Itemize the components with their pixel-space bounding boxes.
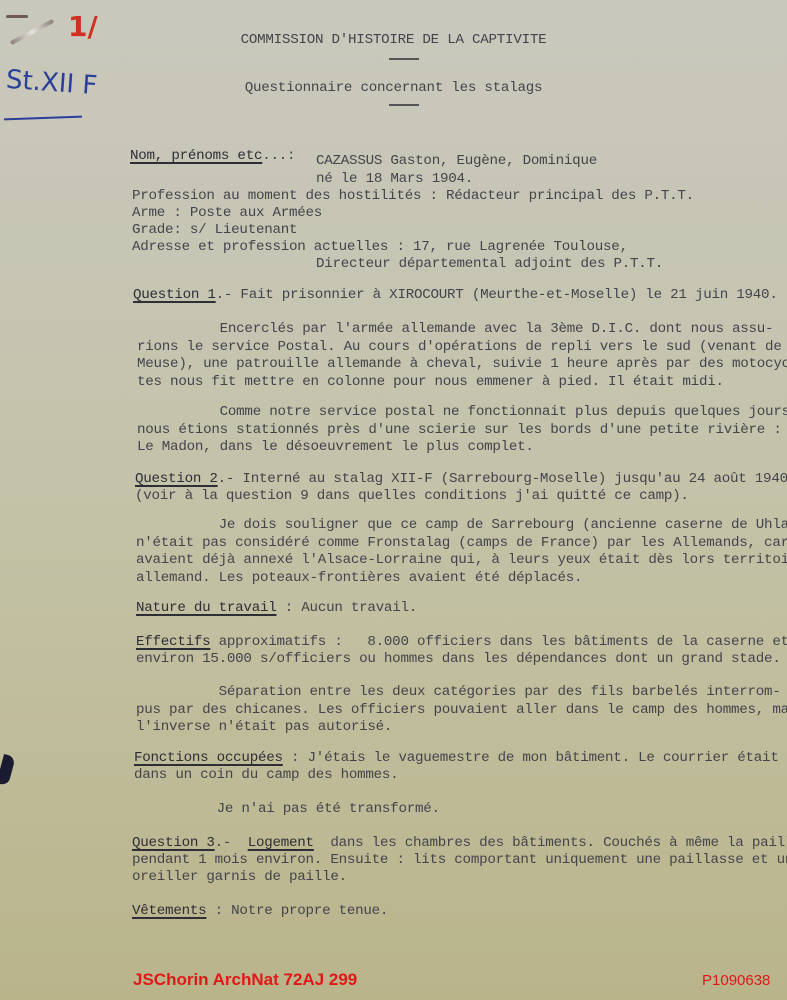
- fonctions-row: Fonctions occupées : J'étais le vaguemes…: [134, 750, 787, 766]
- paragraph-line: Je dois souligner que ce camp de Sarrebo…: [136, 517, 787, 533]
- vetements-row: Vêtements : Notre propre tenue.: [132, 903, 388, 919]
- question-1-label: Question 1: [133, 287, 216, 303]
- profession-line: Profession au moment des hostilités : Ré…: [132, 188, 694, 204]
- paragraph-line: avaient déjà annexé l'Alsace-Lorraine qu…: [136, 552, 787, 568]
- fonctions-label: Fonctions occupées: [134, 750, 283, 766]
- current-job-line: Directeur départemental adjoint des P.T.…: [316, 256, 663, 272]
- vetements-label: Vêtements: [132, 903, 206, 919]
- nature-travail-label: Nature du travail: [136, 600, 277, 616]
- question-1-heading: Question 1.- Fait prisonnier à XIROCOURT…: [133, 287, 778, 303]
- arme-line: Arme : Poste aux Armées: [132, 205, 322, 221]
- effectifs-label: Effectifs: [136, 634, 210, 650]
- document-title: COMMISSION D'HISTOIRE DE LA CAPTIVITE: [0, 32, 787, 48]
- document-subtitle: Questionnaire concernant les stalags: [0, 80, 787, 96]
- paragraph-line: Comme notre service postal ne fonctionna…: [137, 404, 787, 420]
- logement-line-2: pendant 1 mois environ. Ensuite : lits c…: [132, 852, 787, 868]
- paragraph-line: nous étions stationnés près d'une scieri…: [137, 422, 782, 438]
- logement-label: Logement: [248, 835, 314, 851]
- document-page: 1/ St.XII F COMMISSION D'HISTOIRE DE LA …: [0, 0, 787, 1000]
- question-2-label: Question 2: [135, 471, 218, 487]
- paragraph-line: n'était pas considéré comme Fronstalag (…: [136, 535, 787, 551]
- effectifs-line-2: environ 15.000 s/officiers ou hommes dan…: [136, 651, 781, 667]
- grade-line: Grade: s/ Lieutenant: [132, 222, 297, 238]
- paragraph-line: Le Madon, dans le désoeuvrement le plus …: [137, 439, 534, 455]
- photo-id-caption: P1090638: [702, 972, 770, 989]
- paragraph-line: allemand. Les poteaux-frontières avaient…: [136, 570, 582, 586]
- question-3-heading: Question 3.- Logement dans les chambres …: [132, 835, 787, 851]
- logement-line-3: oreiller garnis de paille.: [132, 869, 347, 885]
- title-divider: [389, 58, 419, 60]
- paragraph-line: Encerclés par l'armée allemande avec la …: [137, 321, 773, 337]
- staple-mark: [6, 15, 28, 18]
- paragraph-line: pus par des chicanes. Les officiers pouv…: [136, 702, 787, 718]
- birth-date: né le 18 Mars 1904.: [316, 171, 473, 187]
- question-3-label: Question 3: [132, 835, 215, 851]
- question-2-line-2: (voir à la question 9 dans quelles condi…: [135, 488, 689, 504]
- paragraph-line: l'inverse n'était pas autorisé.: [136, 719, 392, 735]
- effectifs-row: Effectifs approximatifs : 8.000 officier…: [136, 634, 787, 650]
- question-2-heading: Question 2.- Interné au stalag XII-F (Sa…: [135, 471, 787, 487]
- paragraph-line: rions le service Postal. Au cours d'opér…: [137, 339, 787, 355]
- name-row: Nom, prénoms etc...:: [130, 148, 295, 164]
- address-line: Adresse et profession actuelles : 17, ru…: [132, 239, 628, 255]
- dark-object-edge: [0, 754, 16, 786]
- archive-source-caption: JSChorin ArchNat 72AJ 299: [133, 970, 357, 990]
- subtitle-divider: [389, 104, 419, 106]
- name-label: Nom, prénoms etc: [130, 148, 262, 164]
- nature-travail-row: Nature du travail : Aucun travail.: [136, 600, 417, 616]
- transforme-line: Je n'ai pas été transformé.: [134, 801, 440, 817]
- name-value: CAZASSUS Gaston, Eugène, Dominique: [316, 153, 597, 169]
- fonctions-line-2: dans un coin du camp des hommes.: [134, 767, 398, 783]
- paragraph-line: tes nous fit mettre en colonne pour nous…: [137, 374, 724, 390]
- handwritten-underline: [4, 116, 82, 121]
- paragraph-line: Meuse), une patrouille allemande à cheva…: [137, 356, 787, 372]
- paragraph-line: Séparation entre les deux catégories par…: [136, 684, 781, 700]
